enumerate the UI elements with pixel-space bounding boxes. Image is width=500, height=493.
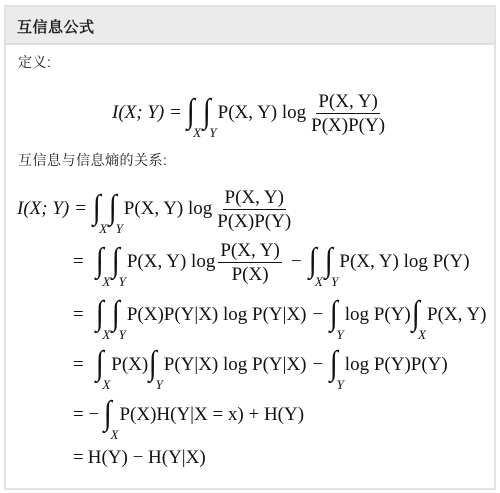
minus-sign: − xyxy=(313,305,324,324)
equals-sign: = xyxy=(73,355,95,374)
minus-sign: − xyxy=(291,252,302,271)
definition-lhs: I(X; Y) = xyxy=(112,103,182,122)
term: H(Y) − H(Y|X) xyxy=(88,448,206,467)
fraction: P(X, Y) P(X)P(Y) xyxy=(215,188,293,231)
term: P(X, Y) log xyxy=(124,199,213,218)
integral-y: ∫Y xyxy=(329,347,344,381)
integral-x: ∫X xyxy=(95,297,110,331)
equals-sign: = xyxy=(75,199,86,218)
equals-minus: = − xyxy=(73,405,99,424)
equals-sign: = xyxy=(73,448,84,467)
integral-x: ∫X xyxy=(103,397,118,431)
term: P(X) xyxy=(111,355,148,374)
term: P(X, Y) xyxy=(427,305,486,324)
integral-y: ∫Y xyxy=(111,297,126,331)
integral-y: ∫Y xyxy=(202,95,217,129)
derivation-line-3: = ∫X ∫Y P(X)P(Y|X) log P(Y|X) − ∫Y log P… xyxy=(73,290,487,338)
term: P(X, Y) log P(Y) xyxy=(339,252,469,271)
integral-y: ∫Y xyxy=(148,347,163,381)
integral-x: ∫X xyxy=(95,347,110,381)
definition-formula: I(X; Y) = ∫X ∫Y P(X, Y) log P(X, Y) P(X)… xyxy=(112,87,390,137)
derivation-line-2: = ∫X ∫Y P(X, Y) log P(X, Y) P(X) − ∫X ∫Y… xyxy=(73,235,470,287)
definition-fraction: P(X, Y) P(X)P(Y) xyxy=(309,92,387,135)
term: log P(Y) xyxy=(345,305,411,324)
derivation-line-4: = ∫X P(X) ∫Y P(Y|X) log P(Y|X) − ∫Y log … xyxy=(73,340,448,388)
derivation-line-1: I(X; Y) = ∫X ∫Y P(X, Y) log P(X, Y) P(X)… xyxy=(17,182,296,234)
term: P(X, Y) log xyxy=(127,252,216,271)
derivation-line-6: = H(Y) − H(Y|X) xyxy=(73,445,206,469)
panel-title: 互信息公式 xyxy=(17,16,95,37)
integral-x: ∫X xyxy=(411,297,426,331)
integral-x: ∫X xyxy=(186,95,201,129)
fraction: P(X, Y) P(X) xyxy=(218,241,281,284)
minus-sign: − xyxy=(313,355,324,374)
derivation-lhs: I(X; Y) xyxy=(17,199,69,218)
equals-sign: = xyxy=(73,305,95,324)
integral-y: ∫Y xyxy=(108,191,123,225)
term: P(Y|X) log P(Y|X) xyxy=(164,355,307,374)
integral-y: ∫Y xyxy=(111,244,126,278)
term: P(X)P(Y|X) log P(Y|X) xyxy=(127,305,307,324)
term: P(X)H(Y|X = x) + H(Y) xyxy=(119,405,304,424)
equals-sign: = xyxy=(73,252,95,271)
definition-term: P(X, Y) log xyxy=(218,103,307,122)
integral-x: ∫X xyxy=(308,244,323,278)
derivation-line-5: = − ∫X P(X)H(Y|X = x) + H(Y) xyxy=(73,390,304,438)
term: log P(Y)P(Y) xyxy=(345,355,448,374)
integral-x: ∫X xyxy=(95,244,110,278)
relation-label: 互信息与信息熵的关系: xyxy=(18,150,167,170)
integral-y: ∫Y xyxy=(329,297,344,331)
definition-label: 定义: xyxy=(18,52,51,72)
panel-header: 互信息公式 xyxy=(6,7,494,45)
integral-y: ∫Y xyxy=(324,244,339,278)
formula-panel: 互信息公式 定义: I(X; Y) = ∫X ∫Y P(X, Y) log P(… xyxy=(4,5,496,490)
integral-x: ∫X xyxy=(92,191,107,225)
